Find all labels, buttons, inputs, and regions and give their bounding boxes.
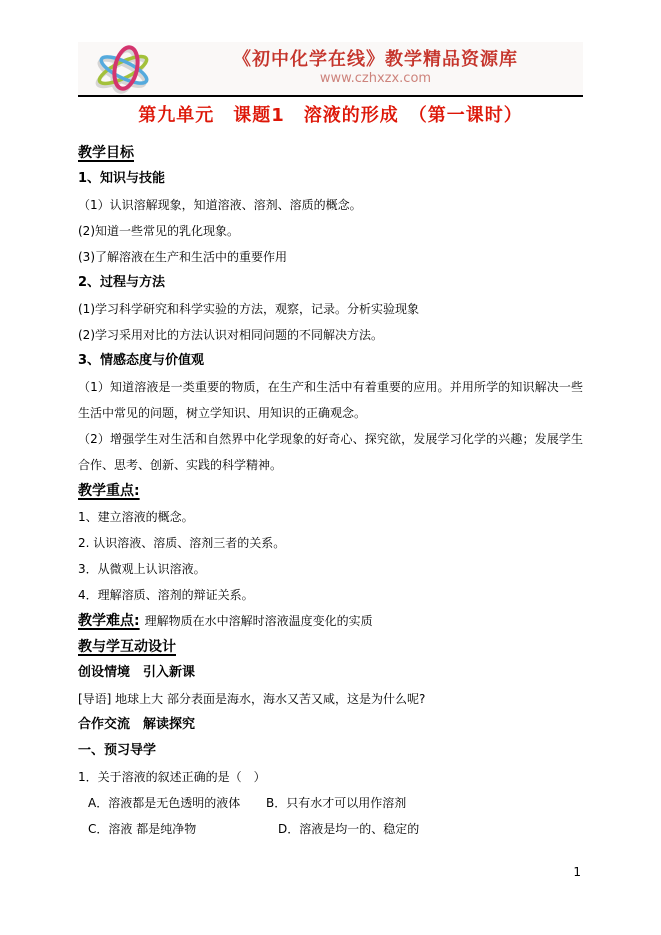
subheading-preview-guide: 一、预习导学 bbox=[78, 738, 583, 764]
atom-orbits-icon bbox=[87, 44, 159, 94]
section-heading-objectives: 教学目标 bbox=[78, 140, 583, 166]
process-item-1: (1)学习科学研究和科学实验的方法，观察，记录。分析实验现象 bbox=[78, 296, 583, 322]
site-header-text: 《初中化学在线》教学精品资源库 www.czhxzx.com bbox=[168, 50, 583, 86]
option-b: B．只有水才可以用作溶剂 bbox=[266, 796, 406, 810]
emotion-item-1: （1）知道溶液是一类重要的物质，在生产和生活中有着重要的应用。并用所学的知识解决… bbox=[78, 374, 583, 426]
site-header: 《初中化学在线》教学精品资源库 www.czhxzx.com bbox=[78, 42, 583, 95]
option-d: D．溶液是均一的、稳定的 bbox=[278, 822, 419, 836]
subheading-process-methods: 2、过程与方法 bbox=[78, 270, 583, 296]
document-page: 《初中化学在线》教学精品资源库 www.czhxzx.com 第九单元 课题1 … bbox=[0, 0, 661, 935]
question-1: 1．关于溶液的叙述正确的是（ ） bbox=[78, 764, 583, 790]
site-title: 《初中化学在线》教学精品资源库 bbox=[233, 50, 518, 70]
site-url: www.czhxzx.com bbox=[320, 72, 431, 86]
section-heading-interactive-design: 教与学互动设计 bbox=[78, 634, 583, 660]
question-1-options-row-2: C．溶液 都是纯净物D．溶液是均一的、稳定的 bbox=[78, 816, 583, 842]
subheading-cooperation-explore: 合作交流 解读探究 bbox=[78, 712, 583, 738]
focus-item-1: 1、建立溶液的概念。 bbox=[78, 504, 583, 530]
document-body: 教学目标 1、知识与技能 （1）认识溶解现象，知道溶液、溶剂、溶质的概念。 (2… bbox=[78, 140, 583, 842]
section-heading-focus: 教学重点: bbox=[78, 478, 583, 504]
process-item-2: (2)学习采用对比的方法认识对相同问题的不同解决方法。 bbox=[78, 322, 583, 348]
focus-item-3: 3．从微观上认识溶液。 bbox=[78, 556, 583, 582]
knowledge-item-1: （1）认识溶解现象，知道溶液、溶剂、溶质的概念。 bbox=[78, 192, 583, 218]
knowledge-item-2: (2)知道一些常见的乳化现象。 bbox=[78, 218, 583, 244]
page-number: 1 bbox=[573, 864, 581, 880]
site-logo bbox=[78, 42, 168, 95]
subheading-situation-intro: 创设情境 引入新课 bbox=[78, 660, 583, 686]
header-divider bbox=[78, 95, 583, 97]
section-heading-difficulty: 教学难点: bbox=[78, 613, 140, 629]
difficulty-line: 教学难点:理解物质在水中溶解时溶液温度变化的实质 bbox=[78, 608, 583, 634]
emotion-item-2: （2）增强学生对生活和自然界中化学现象的好奇心、探究欲，发展学习化学的兴趣；发展… bbox=[78, 426, 583, 478]
subheading-emotion-values: 3、情感态度与价值观 bbox=[78, 348, 583, 374]
subheading-knowledge-skills: 1、知识与技能 bbox=[78, 166, 583, 192]
knowledge-item-3: (3)了解溶液在生产和生活中的重要作用 bbox=[78, 244, 583, 270]
question-1-options-row-1: A．溶液都是无色透明的液体B．只有水才可以用作溶剂 bbox=[78, 790, 583, 816]
document-title: 第九单元 课题1 溶液的形成 （第一课时） bbox=[0, 102, 661, 130]
option-c: C．溶液 都是纯净物 bbox=[88, 816, 278, 842]
difficulty-text: 理解物质在水中溶解时溶液温度变化的实质 bbox=[145, 614, 373, 628]
focus-item-2: 2. 认识溶液、溶质、溶剂三者的关系。 bbox=[78, 530, 583, 556]
focus-item-4: 4．理解溶质、溶剂的辩证关系。 bbox=[78, 582, 583, 608]
intro-text: [导语] 地球上大 部分表面是海水，海水又苦又咸，这是为什么呢? bbox=[78, 686, 583, 712]
option-a: A．溶液都是无色透明的液体 bbox=[88, 790, 266, 816]
